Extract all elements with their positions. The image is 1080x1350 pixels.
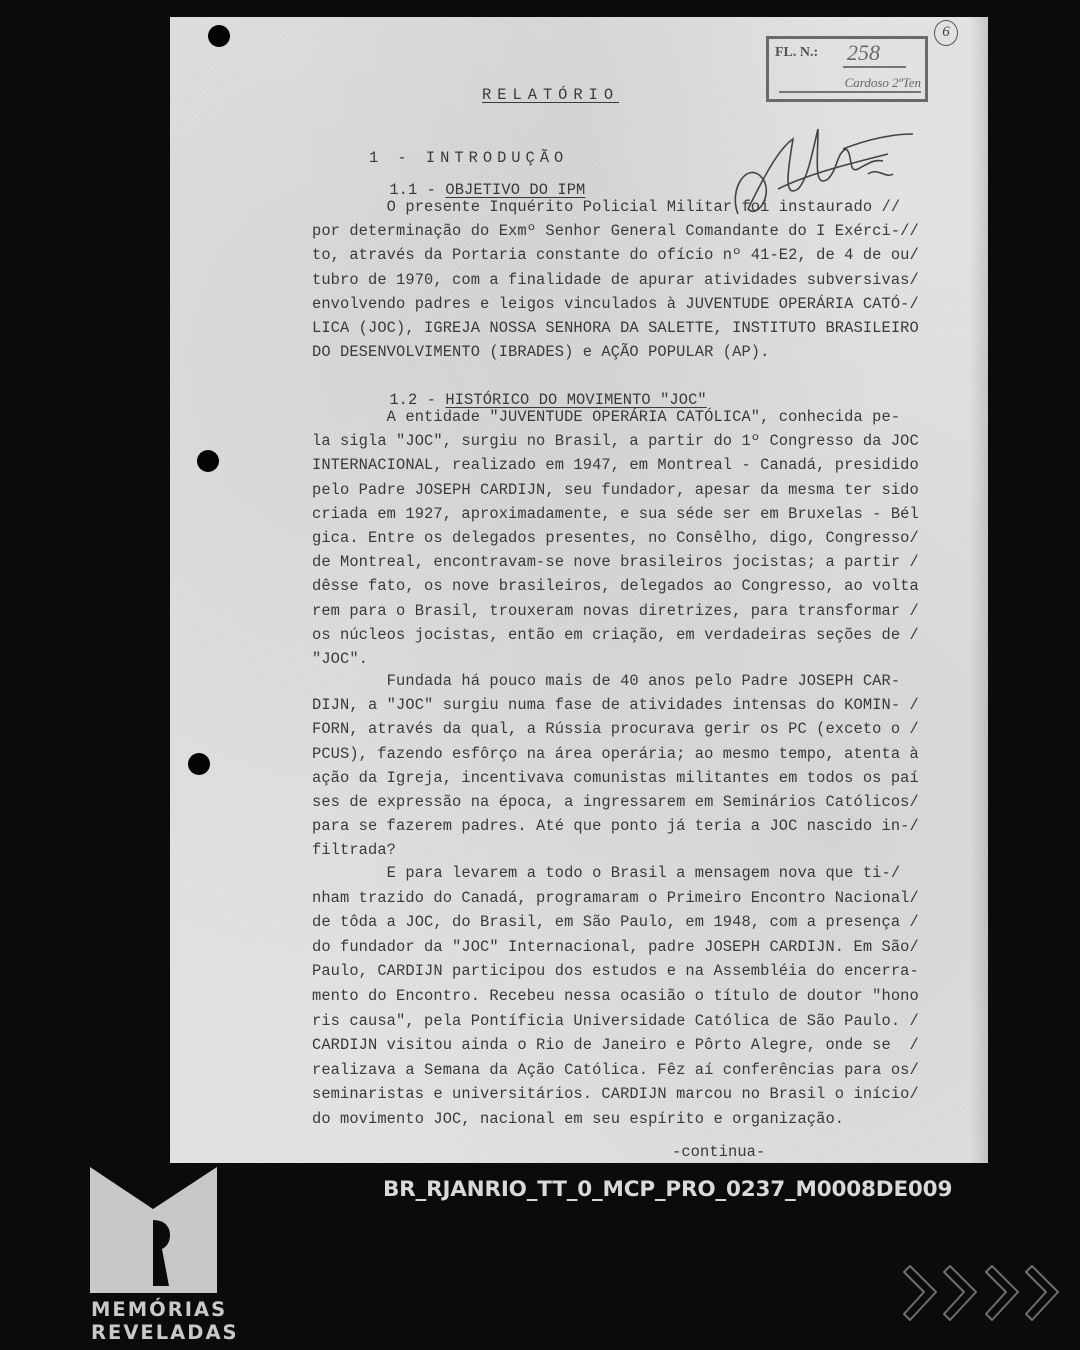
text-line: por determinação do Exmº Senhor General …	[312, 222, 919, 240]
punch-hole-lower	[188, 753, 210, 775]
stamp-number: 258	[843, 40, 906, 68]
text-line: LICA (JOC), IGREJA NOSSA SENHORA DA SALE…	[312, 319, 919, 337]
section-1-2-title: HISTÓRICO DO MOVIMENTO "JOC"	[445, 391, 706, 409]
page-mark: 6	[934, 20, 958, 46]
text-line: PCUS), fazendo esfôrço na área operária;…	[312, 745, 919, 763]
text-line: tubro de 1970, com a finalidade de apura…	[312, 271, 919, 289]
text-line: Paulo, CARDIJN participou dos estudos e …	[312, 962, 919, 980]
text-line: to, através da Portaria constante do ofí…	[312, 246, 919, 264]
text-line: CARDIJN visitou ainda o Rio de Janeiro e…	[312, 1036, 919, 1054]
text-line: "JOC".	[312, 650, 368, 668]
text-line: filtrada?	[312, 841, 396, 859]
text-line: dêsse fato, os nove brasileiros, delegad…	[312, 577, 919, 595]
text-line: envolvendo padres e leigos vinculados à …	[312, 295, 919, 313]
text-line: ação da Igreja, incentivava comunistas m…	[312, 769, 919, 787]
text-line: de tôda a JOC, do Brasil, em São Paulo, …	[312, 913, 919, 931]
text-line: nham trazido do Canadá, programaram o Pr…	[312, 889, 919, 907]
folio-stamp: FL. N.: 258 Cardoso 2ºTen	[766, 36, 928, 102]
text-line: para se fazerem padres. Até que ponto já…	[312, 817, 919, 835]
section-1-1-title: OBJETIVO DO IPM	[445, 181, 585, 199]
continua-note: -continua-	[672, 1143, 765, 1161]
memorias-reveladas-logo	[90, 1167, 217, 1293]
text-line: do movimento JOC, nacional em seu espíri…	[312, 1110, 844, 1128]
text-line: INTERNACIONAL, realizado em 1947, em Mon…	[312, 456, 919, 474]
document-scan: FL. N.: 258 Cardoso 2ºTen 6 RELATÓRIO 1 …	[170, 17, 988, 1163]
brand-line-1: MEMÓRIAS	[91, 1298, 239, 1321]
stamp-label: FL. N.:	[775, 45, 818, 61]
scan-edge-shadow	[970, 17, 988, 1163]
text-line: rem para o Brasil, trouxeram novas diret…	[312, 602, 919, 620]
text-line: ses de expressão na época, a ingressarem…	[312, 793, 919, 811]
punch-hole-top	[208, 25, 230, 47]
text-line: de Montreal, encontravam-se nove brasile…	[312, 553, 919, 571]
document-title: RELATÓRIO	[482, 86, 619, 104]
document-id: BR_RJANRIO_TT_0_MCP_PRO_0237_M0008DE009	[383, 1177, 952, 1202]
brand-line-2: REVELADAS	[91, 1321, 239, 1344]
section-1-1-number: 1.1 -	[389, 181, 445, 199]
text-line: ris causa", pela Pontíficia Universidade…	[312, 1012, 919, 1030]
text-line: DIJN, a "JOC" surgiu numa fase de ativid…	[312, 696, 919, 714]
punch-hole-middle	[197, 450, 219, 472]
text-line: O presente Inquérito Policial Militar fo…	[312, 198, 900, 216]
stamp-signature: Cardoso 2ºTen	[779, 75, 921, 93]
text-line: A entidade "JUVENTUDE OPERÁRIA CATÓLICA"…	[312, 408, 900, 426]
text-line: Fundada há pouco mais de 40 anos pelo Pa…	[312, 672, 900, 690]
brand-name: MEMÓRIAS REVELADAS	[91, 1298, 239, 1344]
section-1-2-number: 1.2 -	[389, 391, 445, 409]
text-line: criada em 1927, aproximadamente, e sua s…	[312, 505, 919, 523]
text-line: pelo Padre JOSEPH CARDIJN, seu fundador,…	[312, 481, 919, 499]
text-line: seminaristas e universitários. CARDIJN m…	[312, 1085, 919, 1103]
text-line: os núcleos jocistas, então em criação, e…	[312, 626, 919, 644]
text-line: gica. Entre os delegados presentes, no C…	[312, 529, 919, 547]
text-line: E para levarem a todo o Brasil a mensage…	[312, 864, 900, 882]
text-line: DO DESENVOLVIMENTO (IBRADES) e AÇÃO POPU…	[312, 343, 769, 361]
chevrons-right-icon[interactable]	[900, 1264, 1060, 1326]
text-line: FORN, através da qual, a Rússia procurav…	[312, 720, 919, 738]
text-line: realizava a Semana da Ação Católica. Fêz…	[312, 1061, 919, 1079]
text-line: la sigla "JOC", surgiu no Brasil, a part…	[312, 432, 919, 450]
text-line: do fundador da "JOC" Internacional, padr…	[312, 938, 919, 956]
text-line: mento do Encontro. Recebeu nessa ocasião…	[312, 987, 919, 1005]
